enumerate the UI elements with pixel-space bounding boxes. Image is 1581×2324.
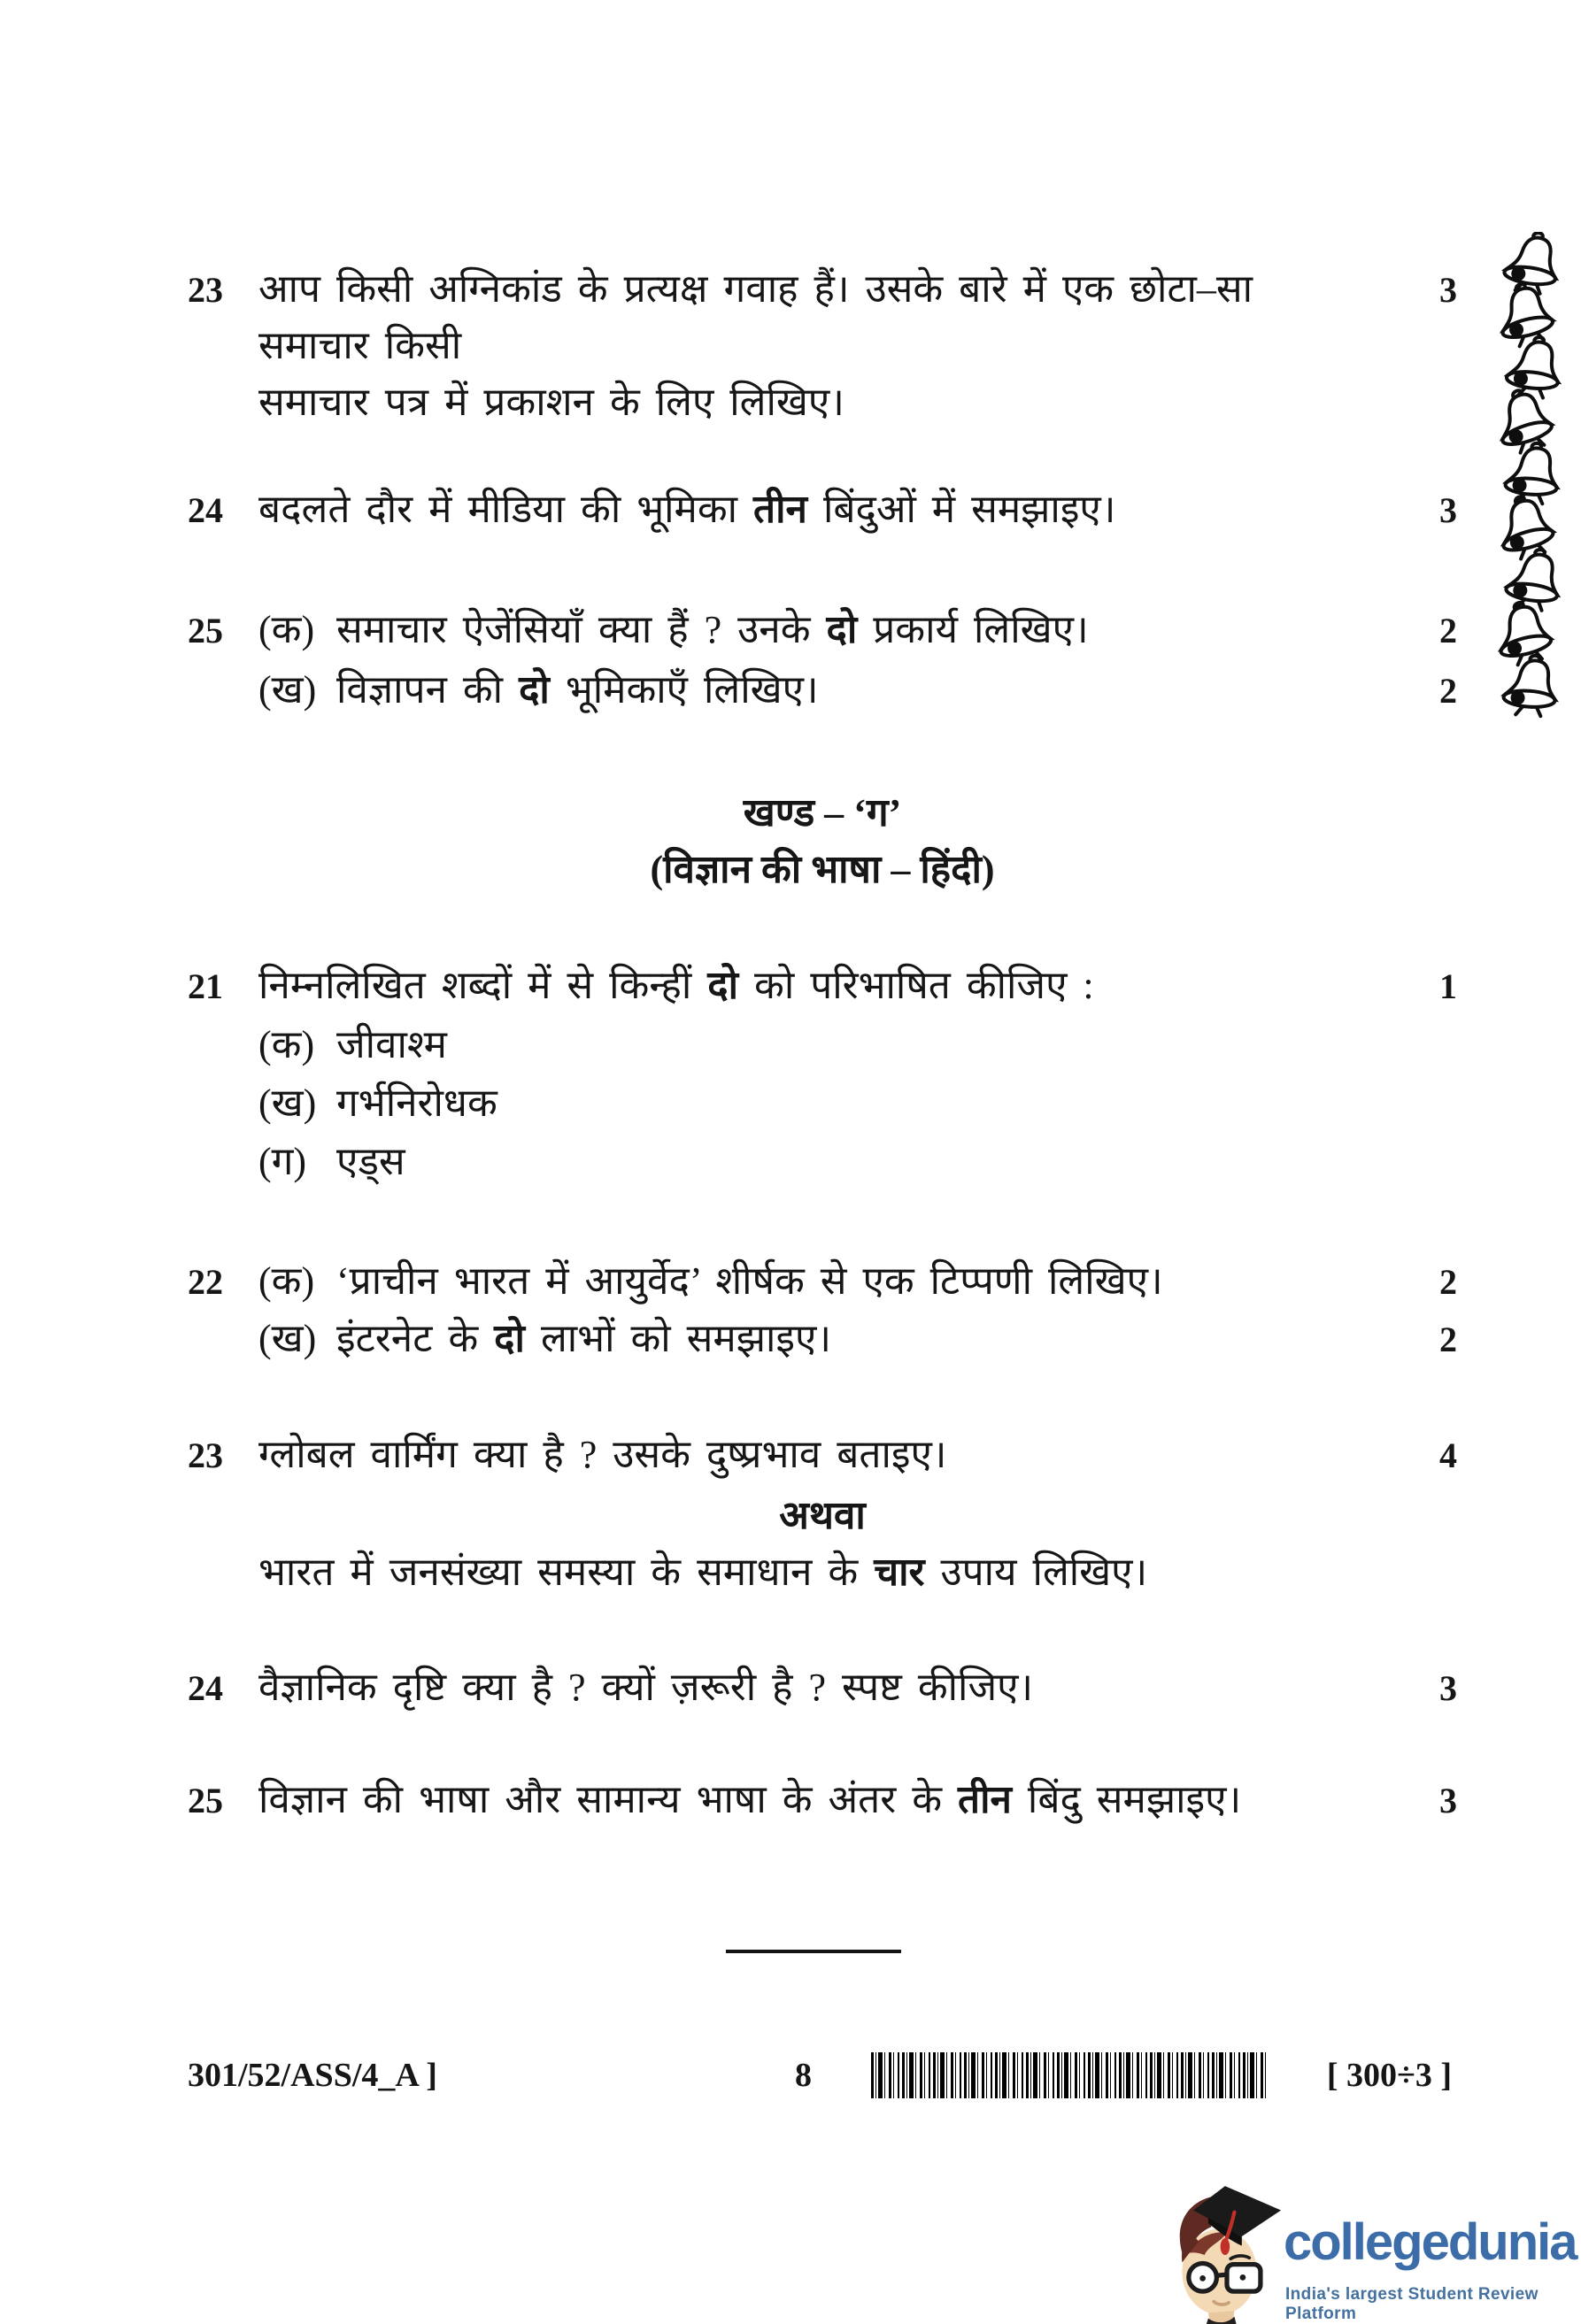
marks-value: 2 — [1407, 663, 1457, 720]
or-separator: अथवा — [188, 1488, 1457, 1544]
question-text: (क)‘प्राचीन भारत में आयुर्वेद’ शीर्षक से… — [258, 1253, 1407, 1310]
question-row-25-science: 25 विज्ञान की भाषा और सामान्य भाषा के अं… — [188, 1772, 1457, 1829]
text-segment: समाचार ऐजेंसियाँ क्या हैं ? उनके — [336, 608, 827, 651]
question-number: 23 — [188, 262, 258, 319]
emphasis-word: दो — [519, 668, 550, 712]
question-number: 24 — [188, 482, 258, 539]
option-row-ga: (ग)एड्स — [188, 1134, 1457, 1190]
question-line-1: आप किसी अग्निकांड के प्रत्यक्ष गवाह हैं।… — [258, 261, 1354, 374]
marks-value: 3 — [1407, 1773, 1457, 1829]
question-number: 21 — [188, 958, 258, 1015]
bell-chain-icon — [1489, 232, 1577, 727]
question-number: 24 — [188, 1660, 258, 1717]
question-row-23-alternative: भारत में जनसंख्या समस्या के समाधान के चा… — [188, 1544, 1457, 1601]
marks-value: 1 — [1407, 958, 1457, 1015]
section-end-rule — [726, 1950, 901, 1953]
option-row-kha: (ख)गर्भनिरोधक — [188, 1075, 1457, 1132]
question-number: 25 — [188, 603, 258, 659]
text-segment: भारत में जनसंख्या समस्या के समाधान के — [258, 1551, 874, 1594]
text-segment: एड्स — [336, 1140, 405, 1183]
emphasis-word: तीन — [753, 488, 807, 531]
question-number: 23 — [188, 1427, 258, 1484]
question-text: आप किसी अग्निकांड के प्रत्यक्ष गवाह हैं।… — [258, 261, 1407, 431]
question-row-23-science: 23 ग्लोबल वार्मिंग क्या है ? उसके दुष्प्… — [188, 1427, 1457, 1484]
subpart-label: (क) — [258, 602, 336, 658]
question-row-24-media: 24 बदलते दौर में मीडिया की भूमिका तीन बि… — [188, 481, 1457, 539]
collegedunia-logo: collegedunia .com India's largest Studen… — [1170, 2184, 1581, 2324]
question-row-21: 21 निम्नलिखित शब्दों में से किन्हीं दो क… — [188, 958, 1457, 1015]
question-text: (ख)विज्ञापन की दो भूमिकाएँ लिखिए। — [258, 662, 1407, 719]
question-list: 23 आप किसी अग्निकांड के प्रत्यक्ष गवाह ह… — [188, 0, 1457, 2118]
question-number: 22 — [188, 1254, 258, 1311]
question-number: 25 — [188, 1773, 258, 1829]
text-segment: गर्भनिरोधक — [336, 1081, 497, 1125]
marks-value: 2 — [1407, 603, 1457, 659]
text-segment: इंटरनेट के — [336, 1317, 494, 1360]
marks-value: 3 — [1407, 482, 1457, 539]
text-segment: बदलते दौर में मीडिया की भूमिका — [258, 488, 753, 531]
marks-value: 3 — [1407, 262, 1457, 319]
question-text: बदलते दौर में मीडिया की भूमिका तीन बिंदु… — [258, 481, 1407, 538]
page-number: 8 — [795, 2056, 812, 2095]
text-segment: विज्ञान की भाषा और सामान्य भाषा के अंतर … — [258, 1778, 958, 1821]
subpart-label: (ग) — [258, 1134, 336, 1190]
copies-count: [ 300÷3 ] — [1327, 2056, 1452, 2095]
text-segment: प्रकार्य लिखिए। — [857, 608, 1088, 651]
text-segment: लाभों को समझाइए। — [525, 1317, 831, 1360]
marks-value: 2 — [1407, 1312, 1457, 1368]
option-text: (ख)गर्भनिरोधक — [258, 1075, 1407, 1132]
question-row-24-science: 24 वैज्ञानिक दृष्टि क्या है ? क्यों ज़रू… — [188, 1659, 1457, 1717]
marks-value: 4 — [1407, 1427, 1457, 1484]
question-text: भारत में जनसंख्या समस्या के समाधान के चा… — [258, 1544, 1407, 1601]
subpart-label: (क) — [258, 1017, 336, 1074]
question-row-25a-media: 25 (क)समाचार ऐजेंसियाँ क्या हैं ? उनके द… — [188, 602, 1457, 659]
subpart-label: (ख) — [258, 662, 336, 719]
text-segment: निम्नलिखित शब्दों में से किन्हीं — [258, 964, 707, 1007]
question-line-2: समाचार पत्र में प्रकाशन के लिए लिखिए। — [258, 374, 1354, 431]
option-row-ka: (क)जीवाश्म — [188, 1017, 1457, 1074]
brand-name: collegedunia — [1284, 2214, 1577, 2271]
paper-code: 301/52/ASS/4_A ] — [188, 2056, 437, 2095]
question-paper-page: 23 आप किसी अग्निकांड के प्रत्यक्ष गवाह ह… — [0, 0, 1581, 2324]
text-segment: उपाय लिखिए। — [925, 1551, 1148, 1594]
option-text: (क)जीवाश्म — [258, 1017, 1407, 1074]
question-text: निम्नलिखित शब्दों में से किन्हीं दो को प… — [258, 958, 1407, 1014]
emphasis-word: चार — [874, 1551, 924, 1594]
text-segment: बिंदुओं में समझाइए। — [807, 488, 1116, 531]
section-subtitle: (विज्ञान की भाषा – हिंदी) — [188, 842, 1457, 898]
question-row-23-media: 23 आप किसी अग्निकांड के प्रत्यक्ष गवाह ह… — [188, 261, 1457, 431]
option-text: (ग)एड्स — [258, 1134, 1407, 1190]
text-segment: ‘प्राचीन भारत में आयुर्वेद’ शीर्षक से एक… — [336, 1259, 1163, 1303]
text-segment: जीवाश्म — [336, 1023, 447, 1066]
text-segment: बिंदु समझाइए। — [1012, 1778, 1241, 1821]
page-footer: 301/52/ASS/4_A ] 8 [ 300÷3 ] — [188, 2056, 1457, 2118]
collegedunia-wordmark: collegedunia .com — [1284, 2214, 1581, 2271]
text-segment: को परिभाषित कीजिए : — [738, 964, 1094, 1007]
question-text: (ख)इंटरनेट के दो लाभों को समझाइए। — [258, 1311, 1407, 1367]
question-row-22a: 22 (क)‘प्राचीन भारत में आयुर्वेद’ शीर्षक… — [188, 1253, 1457, 1311]
question-text: विज्ञान की भाषा और सामान्य भाषा के अंतर … — [258, 1772, 1407, 1828]
emphasis-word: दो — [707, 964, 738, 1007]
text-segment: भूमिकाएँ लिखिए। — [550, 668, 819, 712]
text-segment: विज्ञापन की — [336, 668, 519, 712]
marks-value: 2 — [1407, 1254, 1457, 1311]
barcode — [871, 2052, 1268, 2098]
subpart-label: (क) — [258, 1253, 336, 1310]
question-row-25b-media: (ख)विज्ञापन की दो भूमिकाएँ लिखिए। 2 — [188, 662, 1457, 720]
question-text: वैज्ञानिक दृष्टि क्या है ? क्यों ज़रूरी … — [258, 1659, 1407, 1716]
question-row-22b: (ख)इंटरनेट के दो लाभों को समझाइए। 2 — [188, 1311, 1457, 1368]
collegedunia-mascot-icon — [1170, 2184, 1284, 2324]
section-title: खण्ड – ‘ग’ — [188, 785, 1457, 842]
question-text: ग्लोबल वार्मिंग क्या है ? उसके दुष्प्रभा… — [258, 1427, 1407, 1483]
subpart-label: (ख) — [258, 1075, 336, 1132]
question-text: (क)समाचार ऐजेंसियाँ क्या हैं ? उनके दो प… — [258, 602, 1407, 658]
brand-tagline: India's largest Student Review Platform — [1285, 2285, 1581, 2324]
emphasis-word: दो — [494, 1317, 525, 1360]
marks-value: 3 — [1407, 1660, 1457, 1717]
emphasis-word: दो — [827, 608, 858, 651]
subpart-label: (ख) — [258, 1311, 336, 1367]
emphasis-word: तीन — [958, 1778, 1012, 1821]
